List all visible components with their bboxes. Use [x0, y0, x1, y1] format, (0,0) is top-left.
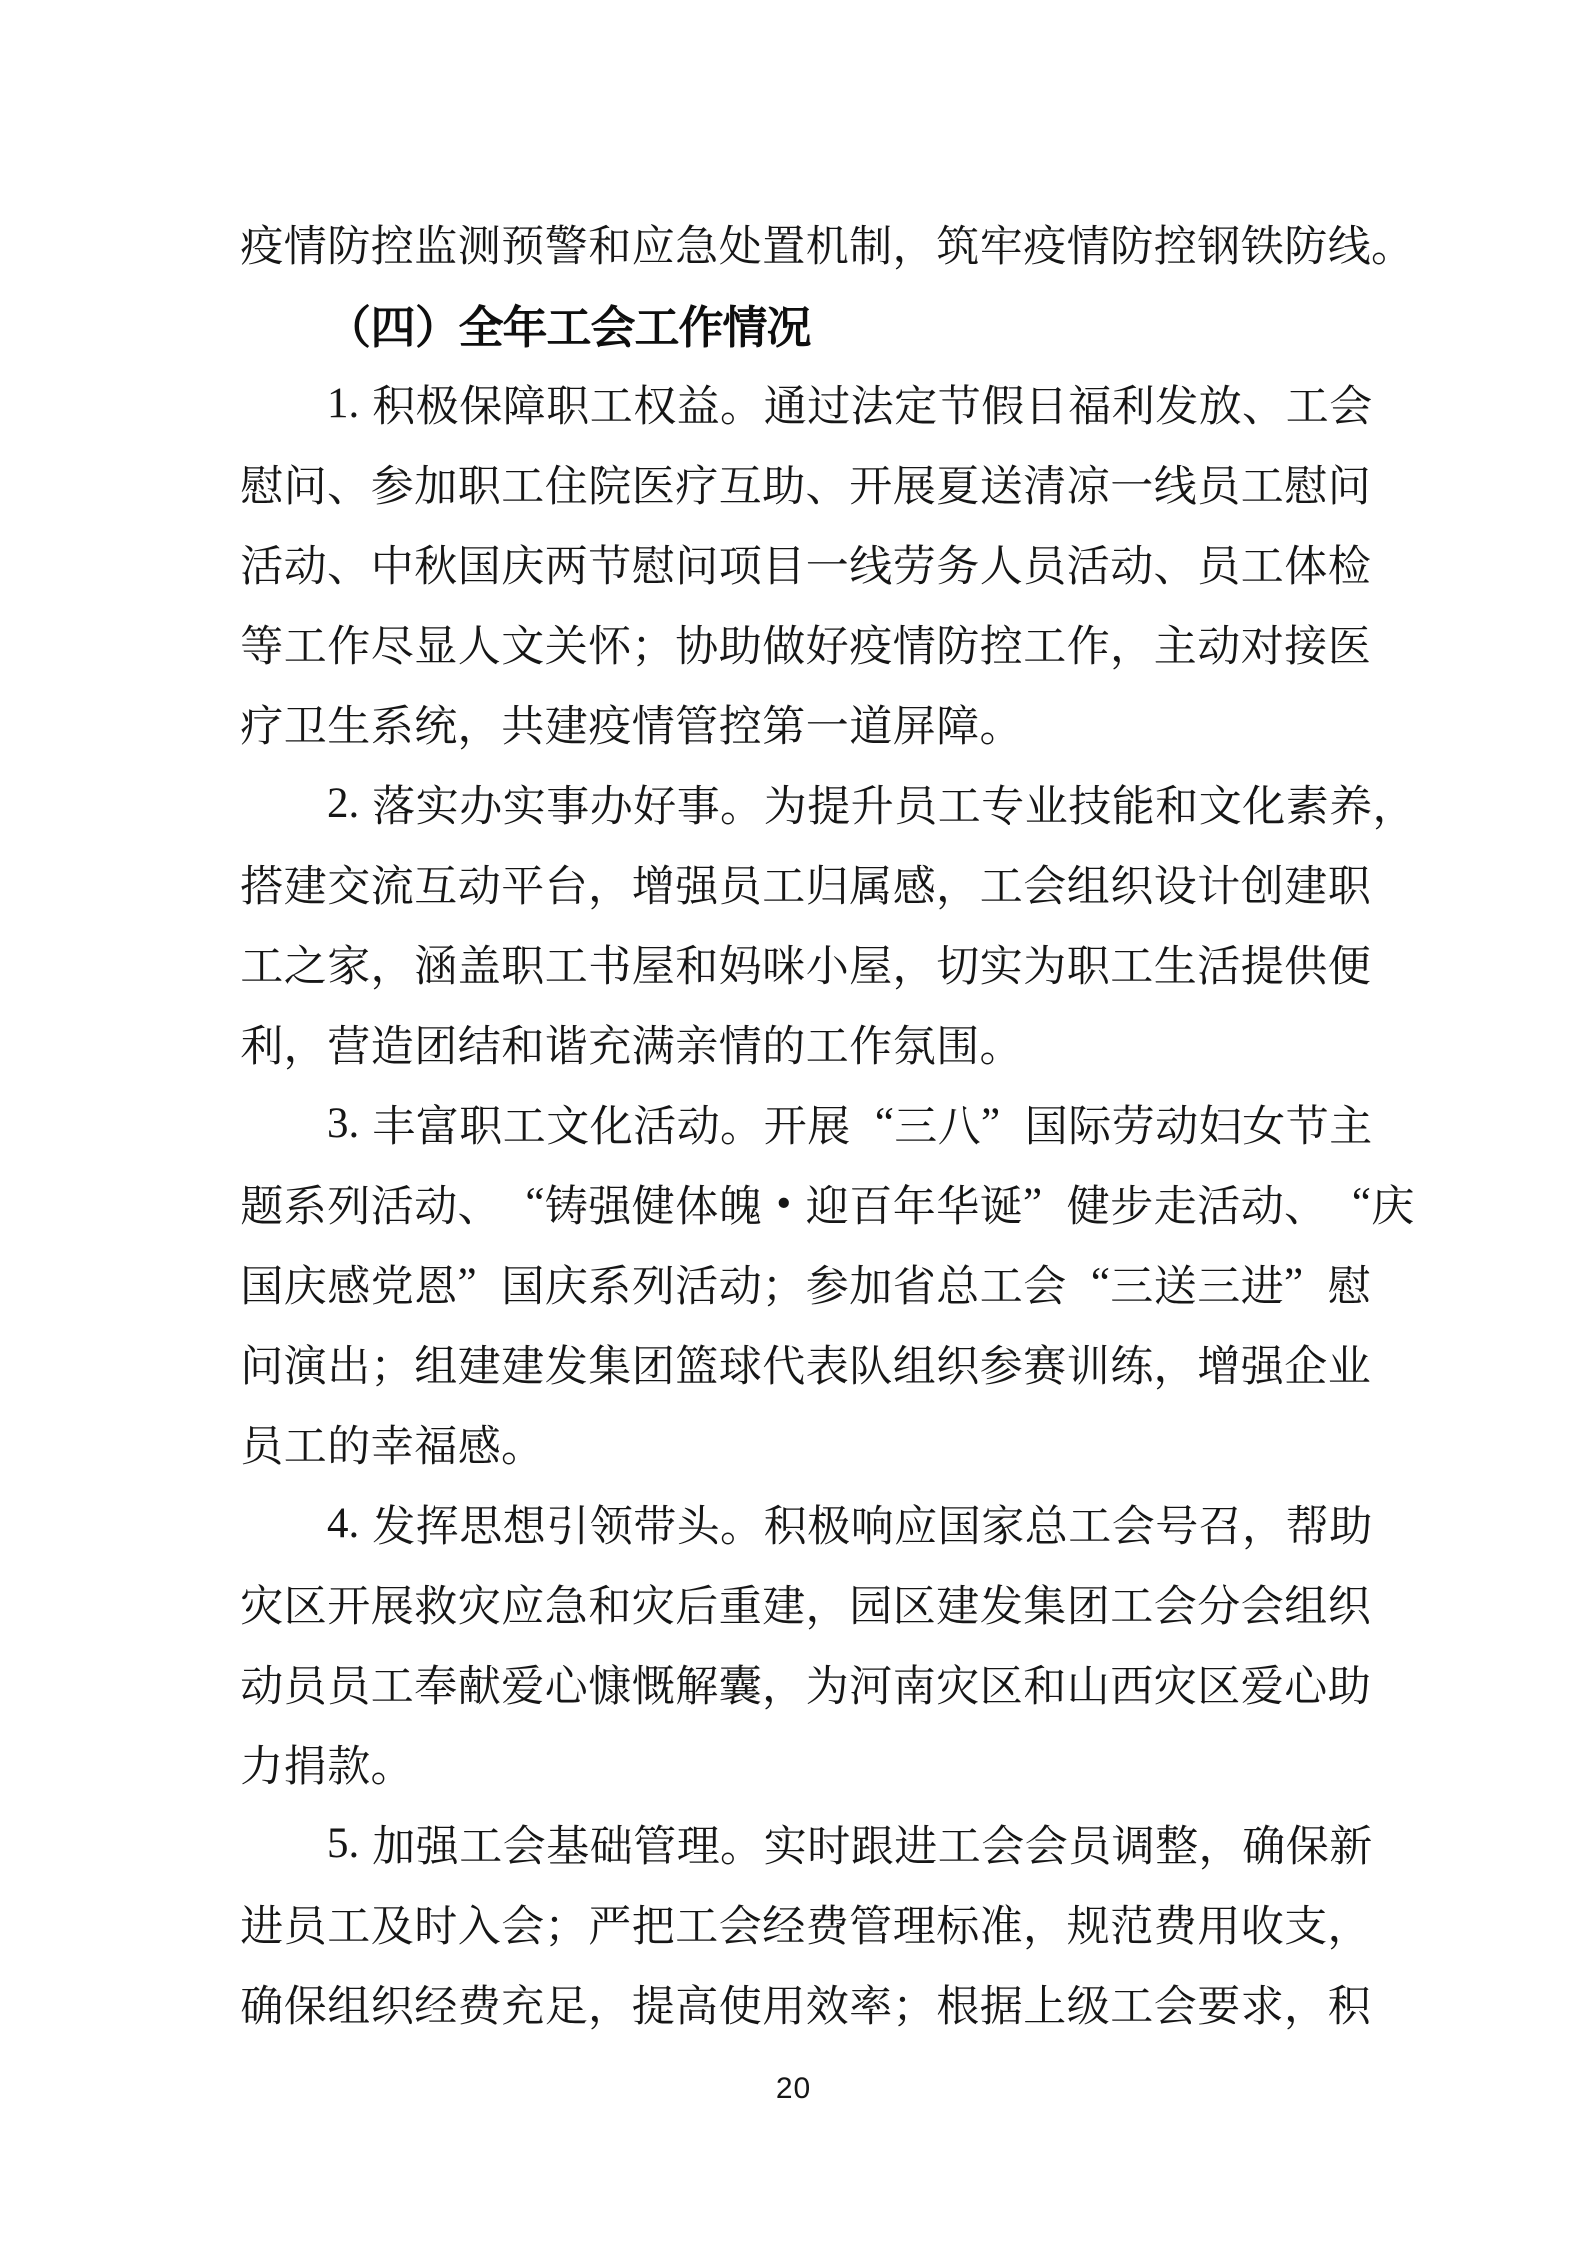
page-footer: 20 [0, 2072, 1587, 2106]
body-text-line: 题系列活动、“铸强健体魄•迎百年华诞”健步走活动、“庆 [240, 1163, 1430, 1243]
body-text-line: 5.加强工会基础管理。实时跟进工会会员调整，确保新 [240, 1803, 1430, 1883]
body-text-line: 动员员工奉献爱心慷慨解囊，为河南灾区和山西灾区爱心助 [240, 1643, 1430, 1723]
body-text-line: 员工的幸福感。 [240, 1403, 1430, 1483]
body-text-line: 工之家，涵盖职工书屋和妈咪小屋，切实为职工生活提供便 [240, 923, 1430, 1003]
body-text-line: 等工作尽显人文关怀；协助做好疫情防控工作，主动对接医 [240, 603, 1430, 683]
body-text-line: 进员工及时入会；严把工会经费管理标准，规范费用收支， [240, 1883, 1430, 1963]
body-text-line: 疫情防控监测预警和应急处置机制，筑牢疫情防控钢铁防线。 [240, 203, 1430, 283]
body-text-line: 搭建交流互动平台，增强员工归属感，工会组织设计创建职 [240, 843, 1430, 923]
body-text-line: 问演出；组建建发集团篮球代表队组织参赛训练，增强企业 [240, 1323, 1430, 1403]
document-page: 疫情防控监测预警和应急处置机制，筑牢疫情防控钢铁防线。（四）全年工会工作情况1.… [0, 0, 1587, 2245]
body-text-line: 4.发挥思想引领带头。积极响应国家总工会号召，帮助 [240, 1483, 1430, 1563]
body-text-line: 利，营造团结和谐充满亲情的工作氛围。 [240, 1003, 1430, 1083]
body-text-line: 1.积极保障职工权益。通过法定节假日福利发放、工会 [240, 363, 1430, 443]
body-text-line: 国庆感党恩”国庆系列活动；参加省总工会“三送三进”慰 [240, 1243, 1430, 1323]
section-heading: （四）全年工会工作情况 [240, 283, 1430, 363]
body-text-line: 力捐款。 [240, 1723, 1430, 1803]
body-text-line: 确保组织经费充足，提高使用效率；根据上级工会要求，积 [240, 1963, 1430, 2043]
body-text-line: 活动、中秋国庆两节慰问项目一线劳务人员活动、员工体检 [240, 523, 1430, 603]
page-number: 20 [776, 2072, 811, 2105]
body-text-line: 疗卫生系统，共建疫情管控第一道屏障。 [240, 683, 1430, 763]
body-text-line: 灾区开展救灾应急和灾后重建，园区建发集团工会分会组织 [240, 1563, 1430, 1643]
body-text-line: 慰问、参加职工住院医疗互助、开展夏送清凉一线员工慰问 [240, 443, 1430, 523]
document-content: 疫情防控监测预警和应急处置机制，筑牢疫情防控钢铁防线。（四）全年工会工作情况1.… [240, 203, 1430, 2043]
body-text-line: 2.落实办实事办好事。为提升员工专业技能和文化素养， [240, 763, 1430, 843]
body-text-line: 3.丰富职工文化活动。开展“三八”国际劳动妇女节主 [240, 1083, 1430, 1163]
